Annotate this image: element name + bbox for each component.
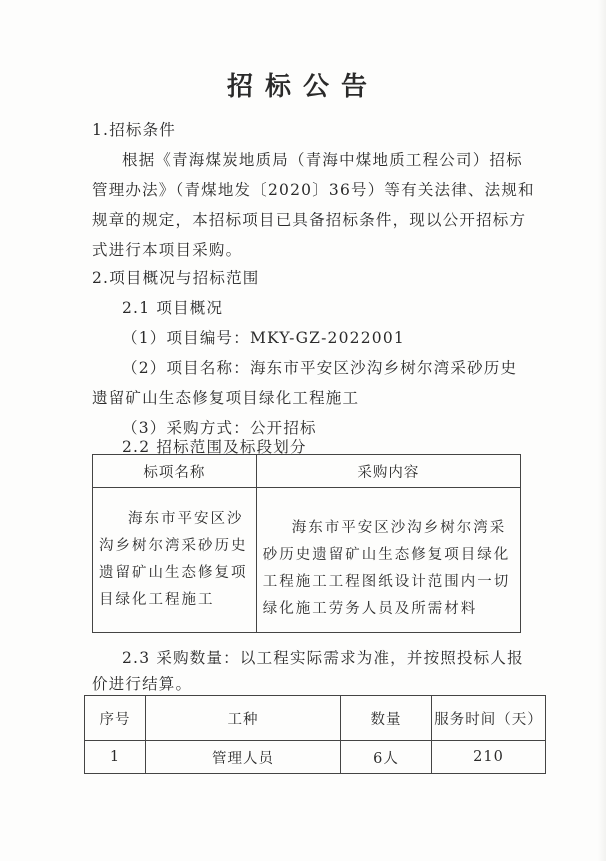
- table-row: 1 管理人员 6人 210: [85, 741, 546, 774]
- quantity-table-header: 序号 工种 数量 服务时间（天）: [85, 696, 546, 741]
- section-2-3-line-2: 价进行结算。: [92, 672, 192, 694]
- section-1-para-line-2: 管理办法》（青煤地发〔2020〕36号）等有关法律、法规和: [92, 178, 535, 200]
- section-1-para-line-4: 式进行本项目采购。: [92, 238, 242, 260]
- cell-seq: 1: [85, 741, 146, 774]
- header-item-name: 标项名称: [93, 455, 257, 488]
- scan-edge-shadow: [598, 0, 606, 861]
- section-2-heading: 2.项目概况与招标范围: [92, 266, 260, 288]
- header-procurement-content: 采购内容: [256, 455, 520, 488]
- document-title: 招标公告: [0, 66, 606, 103]
- header-seq: 序号: [85, 696, 146, 741]
- quantity-table: 序号 工种 数量 服务时间（天） 1 管理人员 6人 210: [84, 695, 546, 774]
- project-number: （1）项目编号：MKY-GZ-2022001: [122, 326, 405, 348]
- section-2-3-line-1: 2.3 采购数量：以工程实际需求为准，并按照投标人报: [122, 646, 524, 668]
- scope-table-header: 标项名称 采购内容: [93, 455, 521, 488]
- document-page: 招标公告 1.招标条件 根据《青海煤炭地质局（青海中煤地质工程公司）招标 管理办…: [0, 0, 606, 861]
- cell-job-type: 管理人员: [146, 741, 341, 774]
- cell-item-name: 海东市平安区沙沟乡树尔湾采砂历史遗留矿山生态修复项目绿化工程施工: [93, 488, 257, 633]
- header-service-days: 服务时间（天）: [432, 696, 546, 741]
- section-1-heading: 1.招标条件: [92, 118, 176, 140]
- project-name-line-2: 遗留矿山生态修复项目绿化工程施工: [92, 386, 359, 408]
- scope-table: 标项名称 采购内容 海东市平安区沙沟乡树尔湾采砂历史遗留矿山生态修复项目绿化工程…: [92, 454, 521, 633]
- section-2-1-heading: 2.1 项目概况: [122, 296, 223, 318]
- project-name-line-1: （2）项目名称：海东市平安区沙沟乡树尔湾采砂历史: [122, 356, 517, 378]
- section-1-para-line-3: 规章的规定，本招标项目已具备招标条件，现以公开招标方: [92, 208, 526, 230]
- section-1-para-line-1: 根据《青海煤炭地质局（青海中煤地质工程公司）招标: [122, 148, 523, 170]
- table-row: 海东市平安区沙沟乡树尔湾采砂历史遗留矿山生态修复项目绿化工程施工 海东市平安区沙…: [93, 488, 521, 633]
- cell-service-days: 210: [432, 741, 546, 774]
- cell-procurement-content: 海东市平安区沙沟乡树尔湾采砂历史遗留矿山生态修复项目绿化工程施工工程图纸设计范围…: [256, 488, 520, 633]
- cell-quantity: 6人: [341, 741, 432, 774]
- header-quantity: 数量: [341, 696, 432, 741]
- header-job-type: 工种: [146, 696, 341, 741]
